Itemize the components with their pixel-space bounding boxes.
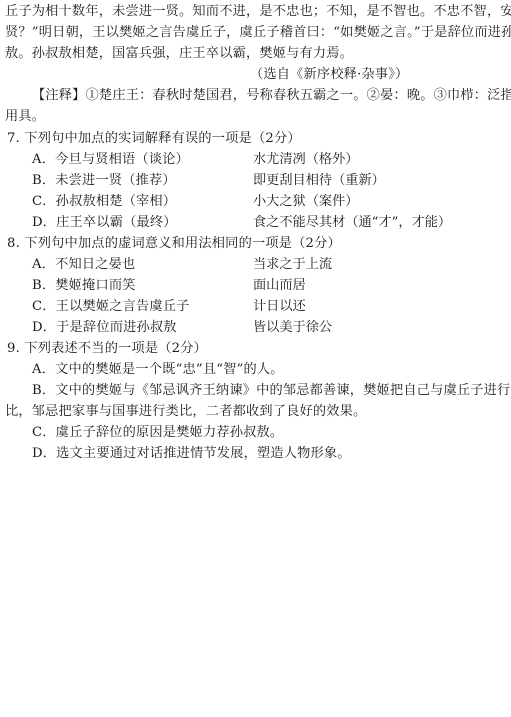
q9-option-b-cont: 比，邹忌把家事与国事进行类比，二者都收到了良好的效果。 — [5, 403, 366, 420]
q7-option-d: D．庄王卒以霸（最终） — [32, 214, 177, 231]
q7-option-a-compare: 水尤清冽（格外） — [253, 151, 359, 168]
q7-option-c: C．孙叔敖相楚（宰相） — [32, 193, 176, 210]
q7-option-a: A．今旦与贤相语（谈论） — [32, 151, 189, 168]
q9-stem: 9. 下列表述不当的一项是（2分） — [7, 340, 207, 357]
q8-option-d: D．于是辞位而进孙叔敖 — [32, 319, 177, 336]
q8-option-a-compare: 当求之于上流 — [253, 256, 332, 273]
q8-option-c-compare: 计日以还 — [253, 298, 306, 315]
notes-line: 【注释】①楚庄王：春秋时楚国君，号称春秋五霸之一。②晏：晚。③巾栉：泛指盥洗 — [32, 87, 511, 104]
passage-line: 贤？”明日朝，王以樊姬之言告虞丘子，虞丘子稽首曰：“如樊姬之言。”于是辞位而进孙… — [5, 24, 511, 41]
notes-line: 用具。 — [5, 108, 45, 125]
q8-option-b: B．樊姬掩口而笑 — [32, 277, 136, 294]
q7-option-d-compare: 食之不能尽其材（通“才”，才能） — [253, 214, 451, 231]
q8-option-c: C．王以樊姬之言告虞丘子 — [32, 298, 190, 315]
q9-option-b: B．文中的樊姬与《邹忌讽齐王纳谏》中的邹忌都善谏，樊姬把自己与虞丘子进行对 — [32, 382, 511, 399]
q7-option-b-compare: 即更刮目相待（重新） — [253, 172, 385, 189]
passage-line: 敖。孙叔敖相楚，国富兵强，庄王卒以霸，樊姬与有力焉。 — [5, 45, 353, 62]
q8-stem: 8. 下列句中加点的虚词意义和用法相同的一项是（2分） — [7, 235, 341, 252]
q7-option-b: B．未尝进一贤（推荐） — [32, 172, 176, 189]
q8-option-b-compare: 面山而居 — [253, 277, 306, 294]
exam-page: 丘子为相十数年，未尝进一贤。知而不进，是不忠也；不知，是不智也。不忠不智，安得为… — [0, 0, 511, 717]
q8-option-a: A．不知日之晏也 — [32, 256, 135, 273]
q9-option-c: C．虞丘子辞位的原因是樊姬力荐孙叔敖。 — [32, 424, 283, 441]
q9-option-d: D．选文主要通过对话推进情节发展，塑造人物形象。 — [32, 445, 351, 462]
passage-source: （选自《新序校释·杂事》） — [250, 66, 408, 83]
q9-option-a: A．文中的樊姬是一个既“忠”且“智”的人。 — [32, 361, 284, 378]
q8-option-d-compare: 皆以美于徐公 — [253, 319, 332, 336]
q7-stem: 7. 下列句中加点的实词解释有误的一项是（2分） — [7, 130, 301, 147]
passage-line: 丘子为相十数年，未尝进一贤。知而不进，是不忠也；不知，是不智也。不忠不智，安得为 — [5, 3, 511, 20]
q7-option-c-compare: 小大之狱（案件） — [253, 193, 359, 210]
